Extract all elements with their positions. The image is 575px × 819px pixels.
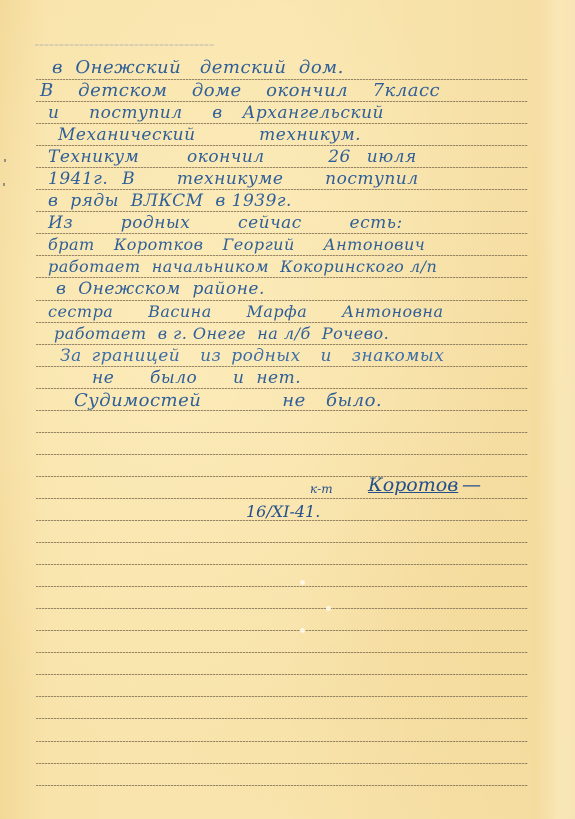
- text-line-8: Из родных сейчас есть:: [48, 213, 403, 233]
- ruled-line: [36, 718, 528, 719]
- margin-mark: [3, 183, 5, 186]
- ruled-line: [36, 586, 528, 587]
- ruled-line: [36, 564, 528, 565]
- signature-name: Коротов: [368, 474, 458, 496]
- text-line-4: Механический техникум.: [58, 125, 361, 145]
- ruled-line: [36, 432, 528, 433]
- margin-mark: [4, 159, 6, 162]
- ruled-line: [36, 674, 528, 675]
- text-line-7: в ряды ВЛКСМ в 1939г.: [48, 191, 292, 211]
- text-line-10: работает начальником Кокоринского л/п: [48, 257, 437, 277]
- text-line-14: За границей из родных и знакомых: [60, 346, 444, 366]
- paper-spot: [300, 628, 305, 633]
- text-line-13: работает в г. Онеге на л/б Рочево.: [54, 324, 389, 344]
- signature-date: 16/XI-41.: [246, 502, 320, 521]
- text-line-1: в Онежский детский дом.: [52, 58, 344, 78]
- paper-spot: [326, 606, 331, 611]
- ruled-line: [36, 300, 528, 301]
- text-line-2: В детском доме окончил 7класс: [40, 81, 440, 101]
- ruled-line: [36, 652, 528, 653]
- signature-dash: —: [462, 474, 481, 496]
- text-line-9: брат Коротков Георгий Антонович: [48, 235, 425, 255]
- text-line-12: сестра Васина Марфа Антоновна: [48, 302, 444, 322]
- ruled-line: [36, 101, 528, 102]
- ruled-line: [36, 123, 528, 124]
- paper-spot: [300, 580, 305, 585]
- ruled-line: [36, 763, 528, 764]
- text-line-5: Техникум окончил 26 июля: [48, 147, 417, 167]
- ruled-line: [36, 145, 528, 146]
- faint-header-line: [35, 44, 215, 46]
- text-line-6: 1941г. В техникуме поступил: [48, 169, 419, 189]
- ruled-line: [36, 696, 528, 697]
- paper-edge: [535, 0, 575, 819]
- text-line-3: и поступил в Архангельский: [48, 103, 384, 123]
- signature-rank: к-т: [310, 482, 333, 496]
- text-line-16: Судимостей не было.: [74, 391, 382, 411]
- text-line-15: не было и нет.: [92, 368, 301, 388]
- ruled-line: [36, 608, 528, 609]
- text-line-11: в Онежском районе.: [56, 279, 265, 299]
- ruled-line: [36, 454, 528, 455]
- ruled-line: [36, 741, 528, 742]
- ruled-line: [36, 630, 528, 631]
- ruled-line: [36, 785, 528, 786]
- ruled-line: [36, 542, 528, 543]
- ruled-line: [36, 498, 528, 499]
